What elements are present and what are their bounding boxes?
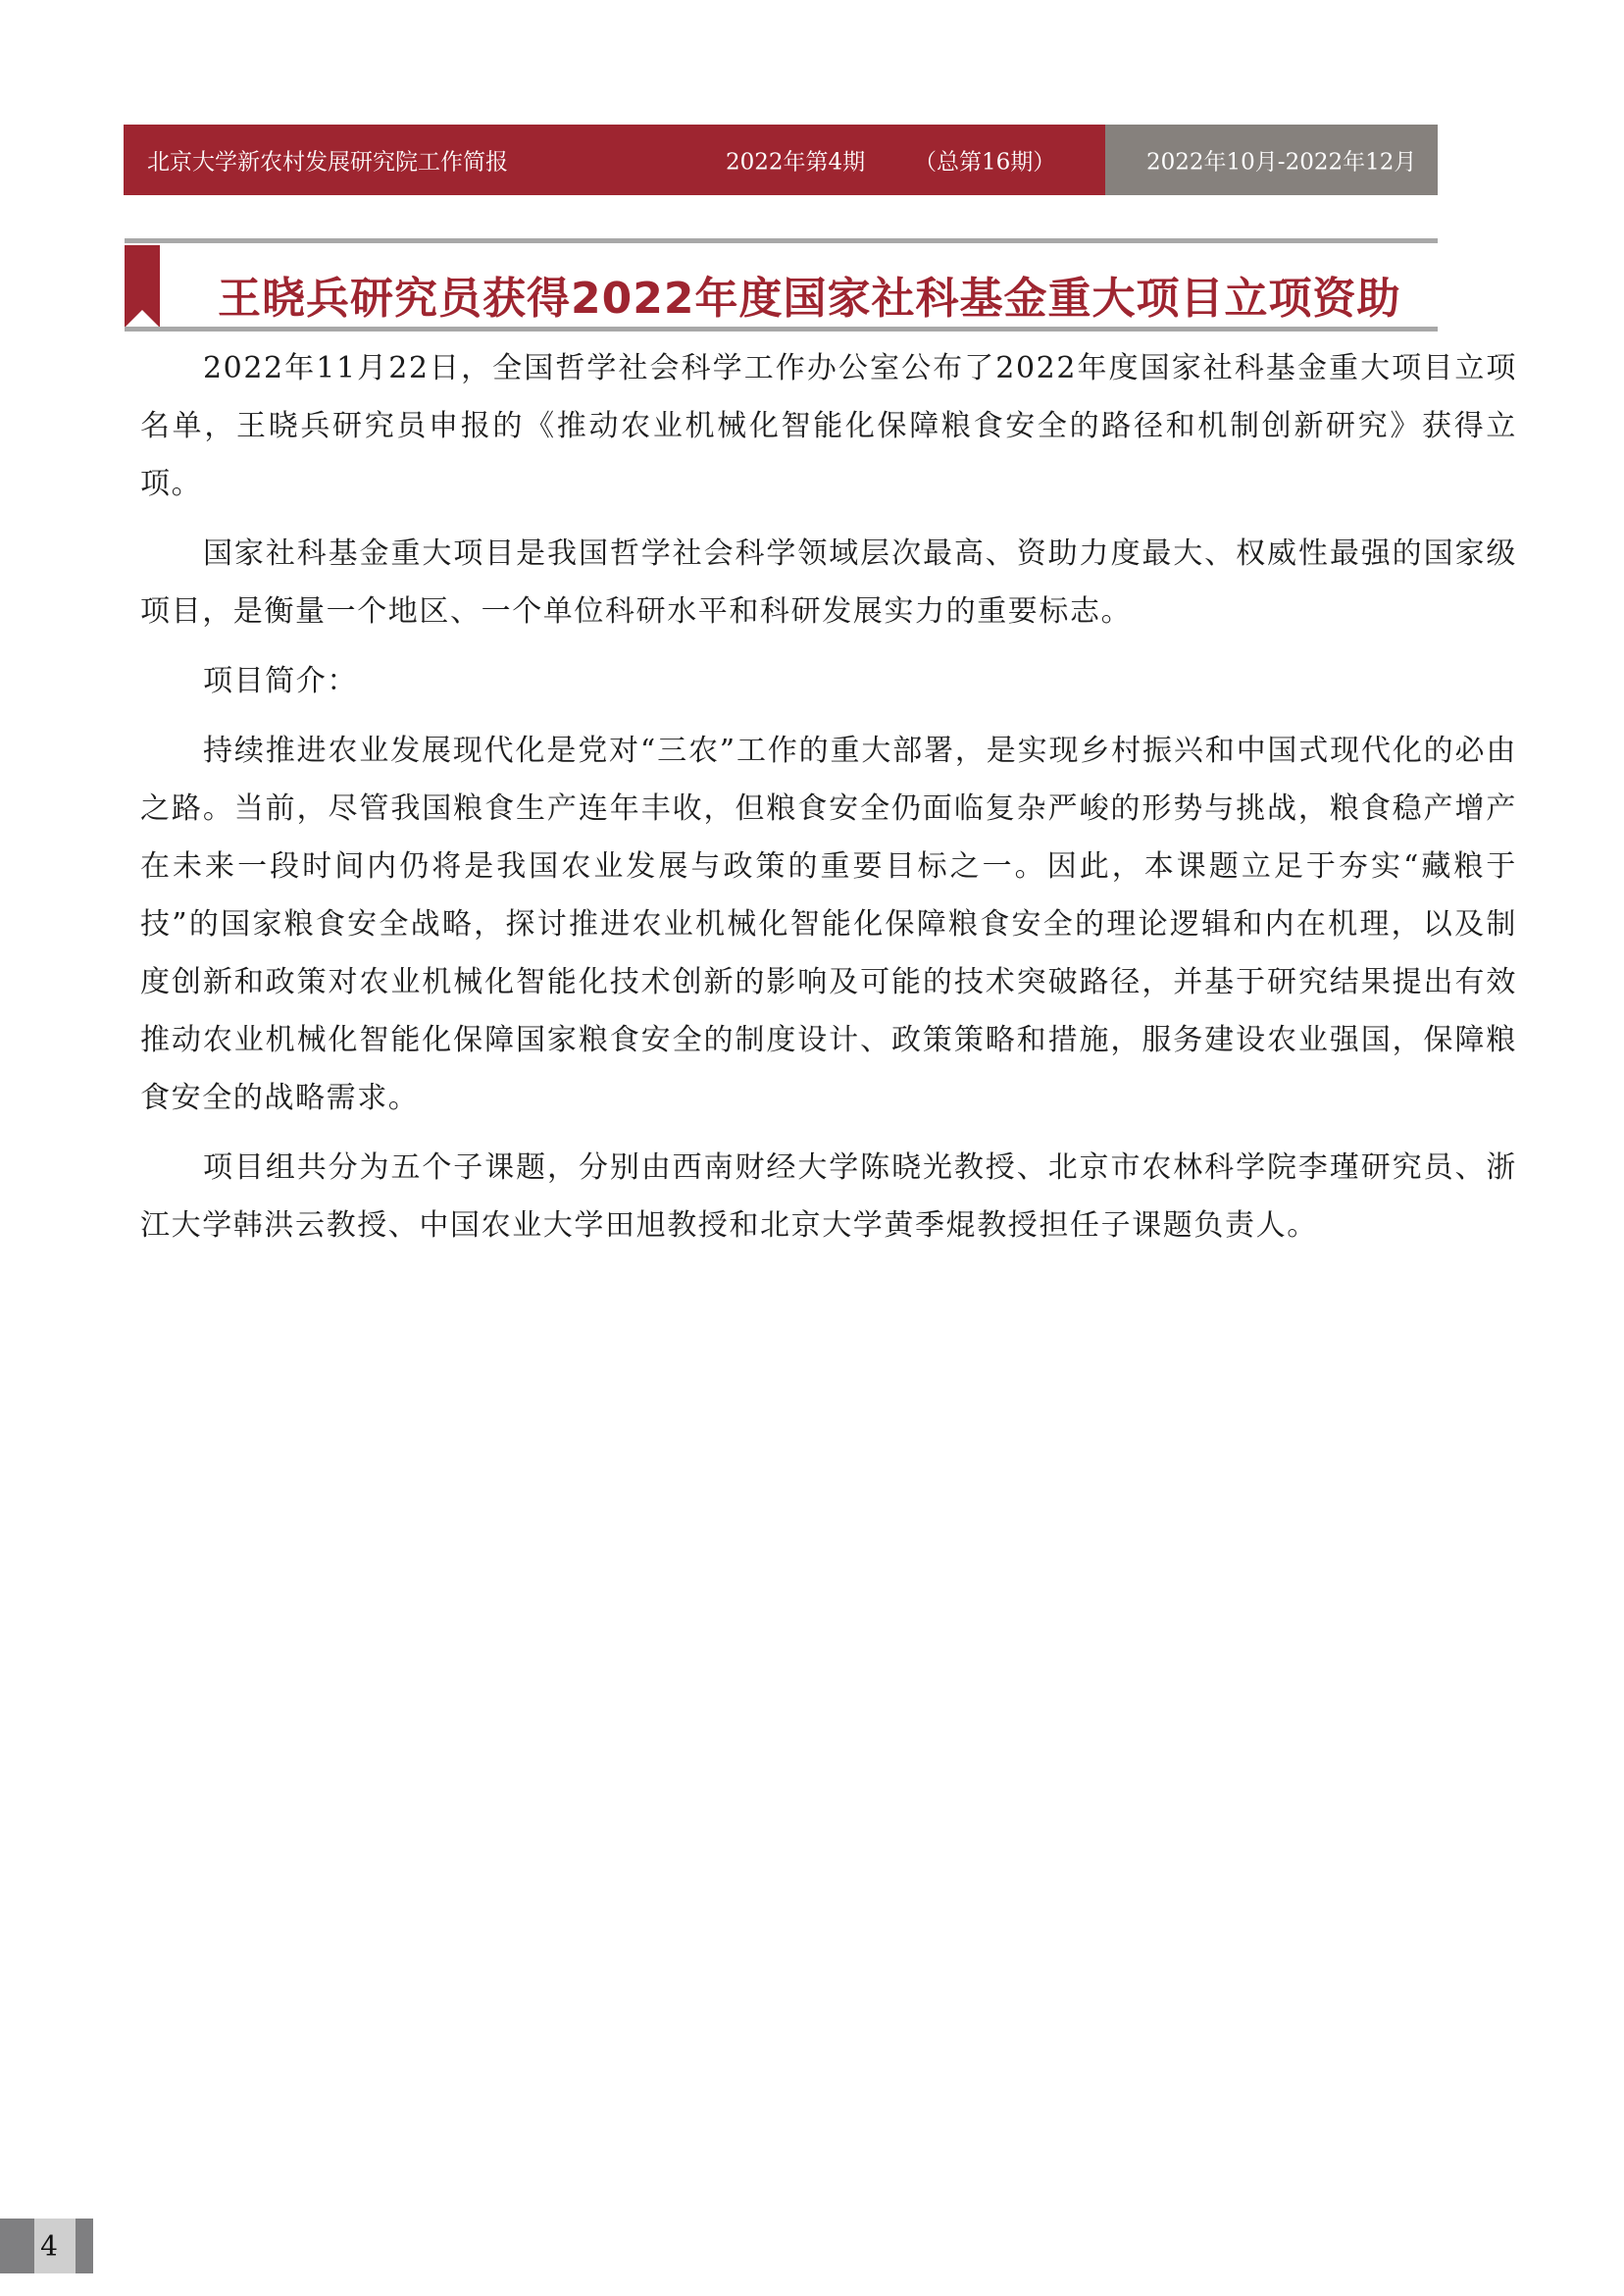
page-number-tab-left — [0, 2219, 34, 2273]
header-red-section: 北京大学新农村发展研究院工作简报 2022年第4期 （总第16期） — [124, 125, 1105, 195]
paragraph: 国家社科基金重大项目是我国哲学社会科学领域层次最高、资助力度最大、权威性最强的国… — [140, 525, 1517, 640]
title-divider-top — [125, 238, 1438, 243]
total-issue-number: （总第16期） — [914, 144, 1055, 177]
page-number: 4 — [34, 2230, 64, 2263]
paragraph: 2022年11月22日，全国哲学社会科学工作办公室公布了2022年度国家社科基金… — [140, 339, 1517, 513]
date-range: 2022年10月-2022年12月 — [1146, 144, 1416, 177]
page-number-block: 4 — [0, 2219, 93, 2273]
section-label: 项目简介： — [140, 652, 1517, 710]
article-title: 王晓兵研究员获得2022年度国家社科基金重大项目立项资助 — [218, 263, 1400, 326]
paragraph: 项目组共分为五个子课题，分别由西南财经大学陈晓光教授、北京市农林科学院李瑾研究员… — [140, 1139, 1517, 1254]
page-number-box: 4 — [34, 2219, 76, 2273]
article-body: 2022年11月22日，全国哲学社会科学工作办公室公布了2022年度国家社科基金… — [140, 339, 1517, 1266]
title-divider-bottom — [125, 327, 1438, 332]
page-header-bar: 北京大学新农村发展研究院工作简报 2022年第4期 （总第16期） 2022年1… — [124, 125, 1438, 195]
paragraph: 持续推进农业发展现代化是党对“三农”工作的重大部署，是实现乡村振兴和中国式现代化… — [140, 722, 1517, 1127]
issue-number: 2022年第4期 — [726, 144, 865, 177]
header-gray-section: 2022年10月-2022年12月 — [1105, 125, 1438, 195]
bookmark-ribbon-icon — [125, 245, 160, 328]
page-number-tab-right — [76, 2219, 93, 2273]
publication-name: 北京大学新农村发展研究院工作简报 — [147, 144, 508, 177]
